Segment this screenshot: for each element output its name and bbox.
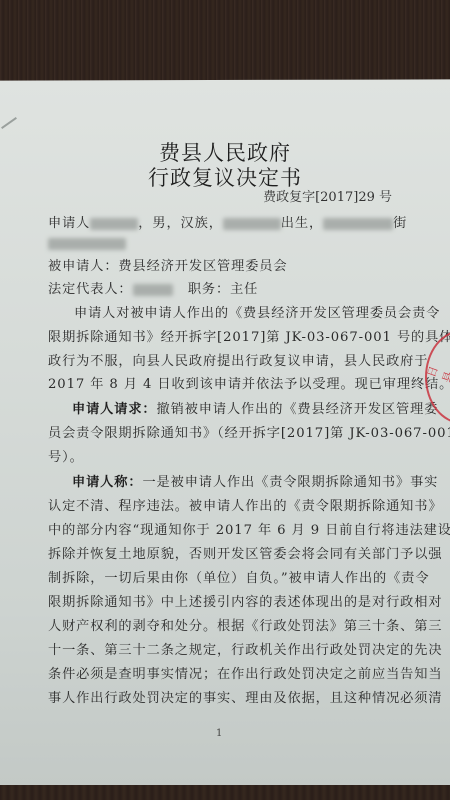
redacted-birthdate <box>223 218 281 230</box>
applicant-address-end: 街 <box>393 216 407 231</box>
claim-line8: 十一条、第三十二条之规定，行政机关作出行政处罚决定的先决 <box>48 639 394 658</box>
applicant-label: 申请人 <box>48 216 90 231</box>
claim-line6: 限期拆除通知书》中上述援引内容的表述体现出的是对行政相对 <box>48 591 394 610</box>
claim-line10: 事人作出行政处罚决定的事实、理由及依据，且这种情况必须清 <box>48 687 394 706</box>
claim-label: 申请人称： <box>72 475 142 490</box>
request-text: 撤销被申请人作出的《费县经济开发区管理委 <box>157 402 439 417</box>
request-label: 申请人请求： <box>72 402 157 417</box>
redacted-address-cont <box>48 238 126 250</box>
applicant-line: 申请人，男，汉族，出生，街 <box>48 212 394 231</box>
rep-title: 职务：主任 <box>188 282 258 297</box>
claim-line4: 拆除并恢复土地原貌，否则开发区管委会将会同有关部门予以强 <box>48 543 394 562</box>
claim-line1: 申请人称：一是被申请人作出《责令限期拆除通知书》事实 <box>72 471 418 490</box>
claim-line3: 中的部分内容“现通知你于 2017 年 6 月 9 日前自行将违法建设 <box>48 519 394 538</box>
page-number: 1 <box>216 728 222 739</box>
claim-line2: 认定不清、程序违法。被申请人作出的《责令限期拆除通知书》 <box>48 495 394 514</box>
claim-line5: 制拆除，一切后果由你（单位）自负。”被申请人作出的《责令 <box>48 567 394 586</box>
redacted-address <box>323 218 393 230</box>
para1-line3: 政行为不服，向县人民政府提出行政复议申请，县人民政府于 <box>48 350 394 369</box>
redacted-rep-name <box>133 284 173 296</box>
claim-line9: 条件必须是查明事实情况；在作出行政处罚决定之前应当告知当 <box>48 663 394 682</box>
request-line3: 号）。 <box>48 446 394 465</box>
para1-line4: 2017 年 8 月 4 日收到该申请并依法予以受理。现已审理终结。 <box>48 373 394 392</box>
claim-text: 一是被申请人作出《责令限期拆除通知书》事实 <box>142 475 438 490</box>
redacted-name <box>90 218 138 230</box>
respondent-line: 被申请人：费县经济开发区管理委员会 <box>48 255 394 274</box>
para1-line1: 申请人对被申请人作出的《费县经济开发区管理委员会责令 <box>74 302 394 321</box>
rep-label: 法定代表人： <box>48 282 133 297</box>
wooden-table-edge <box>0 785 450 800</box>
request-line2: 员会责令限期拆除通知书》（经开拆字[2017]第 JK-03-067-001 <box>48 422 394 441</box>
applicant-address-line <box>48 236 394 251</box>
applicant-gender-ethnicity: ，男，汉族， <box>138 216 223 231</box>
applicant-birth-label: 出生， <box>281 216 323 231</box>
legal-representative-line: 法定代表人： 职务：主任 <box>48 278 394 297</box>
wooden-table-background <box>0 0 450 82</box>
request-line1: 申请人请求：撤销被申请人作出的《费县经济开发区管理委 <box>72 398 418 417</box>
claim-line7: 人财产权利的剥夺和处分。根据《行政处罚法》第三十条、第三 <box>48 615 394 634</box>
document-number: 费政复字[2017]29 号 <box>263 186 392 205</box>
para1-line2: 限期拆除通知书》经开拆字[2017]第 JK-03-067-001 号的具体行 <box>48 326 394 345</box>
